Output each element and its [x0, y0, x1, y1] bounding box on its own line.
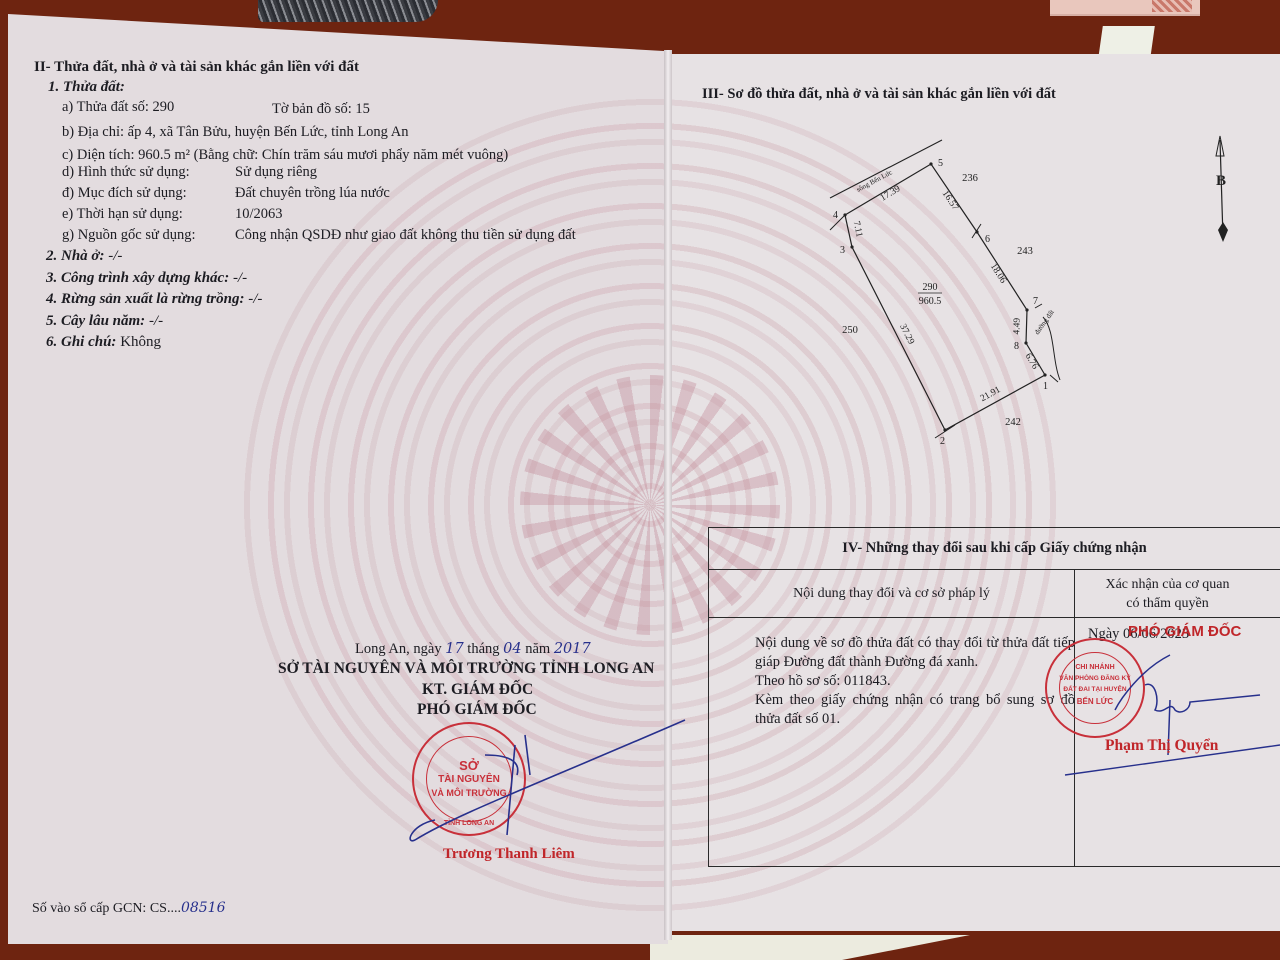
section-3-title: III- Sơ đồ thửa đất, nhà ở và tài sản kh…: [702, 86, 1056, 103]
item-heading: 4. Rừng sản xuất là rừng trồng:: [46, 291, 248, 307]
field-label: e) Thời hạn sử dụng:: [62, 206, 235, 223]
date-day: 17: [445, 641, 463, 657]
area-label: c) Diện tích:: [62, 147, 134, 163]
address-value: ấp 4, xã Tân Bửu, huyện Bến Lức, tỉnh Lo…: [128, 124, 409, 140]
signer-title-1: KT. GIÁM ĐỐC: [422, 681, 533, 699]
neighbor-parcel-label: 242: [1005, 417, 1021, 428]
parcel-heading: 1. Thửa đất:: [48, 79, 125, 96]
changes-title: IV- Những thay đổi sau khi cấp Giấy chứn…: [709, 528, 1280, 570]
signature-mark-left: [395, 715, 695, 855]
neighbor-parcel-label: 243: [1017, 246, 1033, 257]
change-description: Nội dung về sơ đồ thửa đất có thay đổi t…: [755, 634, 1075, 672]
field-value: Công nhận QSDĐ như giao đất không thu ti…: [235, 227, 576, 243]
confirm-signer-name: Phạm Thị Quyển: [1105, 737, 1218, 755]
area-in-words: (Bằng chữ: Chín trăm sáu mươi phẩy năm m…: [194, 147, 509, 163]
area-row: c) Diện tích: 960.5 m² (Bằng chữ: Chín t…: [62, 147, 508, 164]
land-use-field: g) Nguồn gốc sử dụng:Công nhận QSDĐ như …: [62, 227, 576, 244]
confirm-header-line2: có thẩm quyền: [1126, 594, 1208, 613]
registry-label: Số vào sổ cấp GCN:: [32, 901, 146, 916]
confirm-title: PHÓ GIÁM ĐỐC: [1128, 623, 1241, 640]
field-label: g) Nguồn gốc sử dụng:: [62, 227, 235, 244]
change-entry: Nội dung về sơ đồ thửa đất có thay đổi t…: [755, 634, 1075, 729]
field-label: d) Hình thức sử dụng:: [62, 164, 235, 181]
edge-length-label: 4.49: [1012, 318, 1022, 335]
field-label: đ) Mục đích sử dụng:: [62, 185, 235, 202]
neighbor-parcel-label: 236: [962, 173, 978, 184]
field-value: 10/2063: [235, 206, 283, 222]
change-attachment-note: Kèm theo giấy chứng nhận có trang bổ sun…: [755, 691, 1075, 729]
certificate-item: 2. Nhà ở: -/-: [46, 248, 122, 265]
edge-length-label: 21.91: [979, 385, 1003, 404]
neighbor-parcel-label: 250: [842, 325, 858, 336]
land-use-field: d) Hình thức sử dụng:Sử dụng riêng: [62, 164, 317, 181]
item-value: -/-: [149, 313, 163, 329]
land-use-field: đ) Mục đích sử dụng:Đất chuyên trồng lúa…: [62, 185, 390, 202]
vertex-label: 8: [1014, 341, 1019, 352]
parcel-number-label: a) Thửa đất số:: [62, 99, 149, 115]
item-value: -/-: [108, 248, 122, 264]
vertex-label: 5: [938, 158, 943, 169]
confirm-header-line1: Xác nhận của cơ quan: [1105, 575, 1229, 594]
registry-prefix: CS: [150, 901, 167, 916]
map-sheet-value: 15: [355, 101, 370, 117]
edge-length-label: 18.06: [988, 262, 1008, 286]
certificate-item: 6. Ghi chú: Không: [46, 334, 161, 351]
parcel-id-label: 290: [923, 282, 938, 293]
item-value: -/-: [248, 291, 262, 307]
edge-length-label: 17.39: [879, 184, 903, 204]
edge-length-label: 7.11: [851, 220, 864, 238]
col-content-header: Nội dung thay đổi và cơ sở pháp lý: [709, 570, 1075, 617]
section-2-title: II- Thửa đất, nhà ở và tài sản khác gắn …: [34, 59, 359, 76]
issuing-agency: SỞ TÀI NGUYÊN VÀ MÔI TRƯỜNG TỈNH LONG AN: [278, 660, 654, 678]
certificate-item: 3. Công trình xây dựng khác: -/-: [46, 270, 247, 287]
north-label: B: [1216, 173, 1226, 189]
area-value: 960.5 m²: [138, 147, 190, 163]
edge-length-label: 37.29: [897, 323, 916, 347]
parcel-boundary: [845, 164, 1045, 430]
vertex-label: 4: [833, 210, 838, 221]
issue-date: Long An, ngày 17 tháng 04 năm 2017: [355, 641, 591, 658]
address-row: b) Địa chỉ: ấp 4, xã Tân Bửu, huyện Bến …: [62, 124, 408, 141]
change-file-number: Theo hồ sơ số: 011843.: [755, 672, 1075, 691]
item-heading: 6. Ghi chú:: [46, 334, 120, 350]
year-label: năm: [525, 641, 550, 657]
vertex-label: 7: [1033, 296, 1038, 307]
vertex-label: 2: [940, 436, 945, 447]
address-label: b) Địa chỉ:: [62, 124, 124, 140]
item-value: Không: [120, 334, 161, 350]
item-heading: 2. Nhà ở:: [46, 248, 108, 264]
land-use-field: e) Thời hạn sử dụng:10/2063: [62, 206, 283, 223]
month-label: tháng: [467, 641, 499, 657]
edge-length-label: 16.57: [940, 189, 960, 213]
parcel-area-label: 960.5: [919, 296, 942, 307]
date-year: 2017: [554, 641, 591, 657]
field-value: Đất chuyên trồng lúa nước: [235, 185, 390, 201]
pink-booklet-background: [1050, 0, 1200, 16]
registry-number: 08516: [181, 900, 226, 916]
parcel-number-row: a) Thửa đất số: 290: [62, 99, 174, 116]
changes-header-row: Nội dung thay đổi và cơ sở pháp lý Xác n…: [709, 570, 1280, 618]
date-month: 04: [503, 641, 521, 657]
col-confirm-header: Xác nhận của cơ quan có thẩm quyền: [1075, 570, 1280, 617]
signature-mark-right: [1060, 640, 1280, 780]
parcel-number-value: 290: [153, 99, 175, 115]
vertex-label: 6: [985, 234, 990, 245]
item-heading: 3. Công trình xây dựng khác:: [46, 270, 233, 286]
date-prefix: Long An, ngày: [355, 641, 442, 657]
map-sheet-label: Tờ bản đồ số:: [272, 101, 352, 117]
item-value: -/-: [233, 270, 247, 286]
under-sheet-bottom: [650, 935, 970, 960]
cloth-background: [258, 0, 438, 22]
signer-name-left: Trương Thanh Liêm: [443, 846, 575, 863]
map-sheet-row: Tờ bản đồ số: 15: [272, 101, 370, 118]
certificate-item: 5. Cây lâu năm: -/-: [46, 313, 163, 330]
field-value: Sử dụng riêng: [235, 164, 317, 180]
certificate-item: 4. Rừng sản xuất là rừng trồng: -/-: [46, 291, 262, 308]
vertex-label: 3: [840, 245, 845, 256]
road-label: đường đất: [1033, 308, 1056, 336]
registry-number-row: Số vào sổ cấp GCN: CS....08516: [32, 900, 226, 917]
vertex-label: 1: [1043, 381, 1048, 392]
parcel-diagram: 1234567817.3916.5718.064.496.7621.9137.2…: [680, 120, 1280, 460]
edge-length-label: 6.76: [1023, 352, 1040, 372]
item-heading: 5. Cây lâu năm:: [46, 313, 149, 329]
